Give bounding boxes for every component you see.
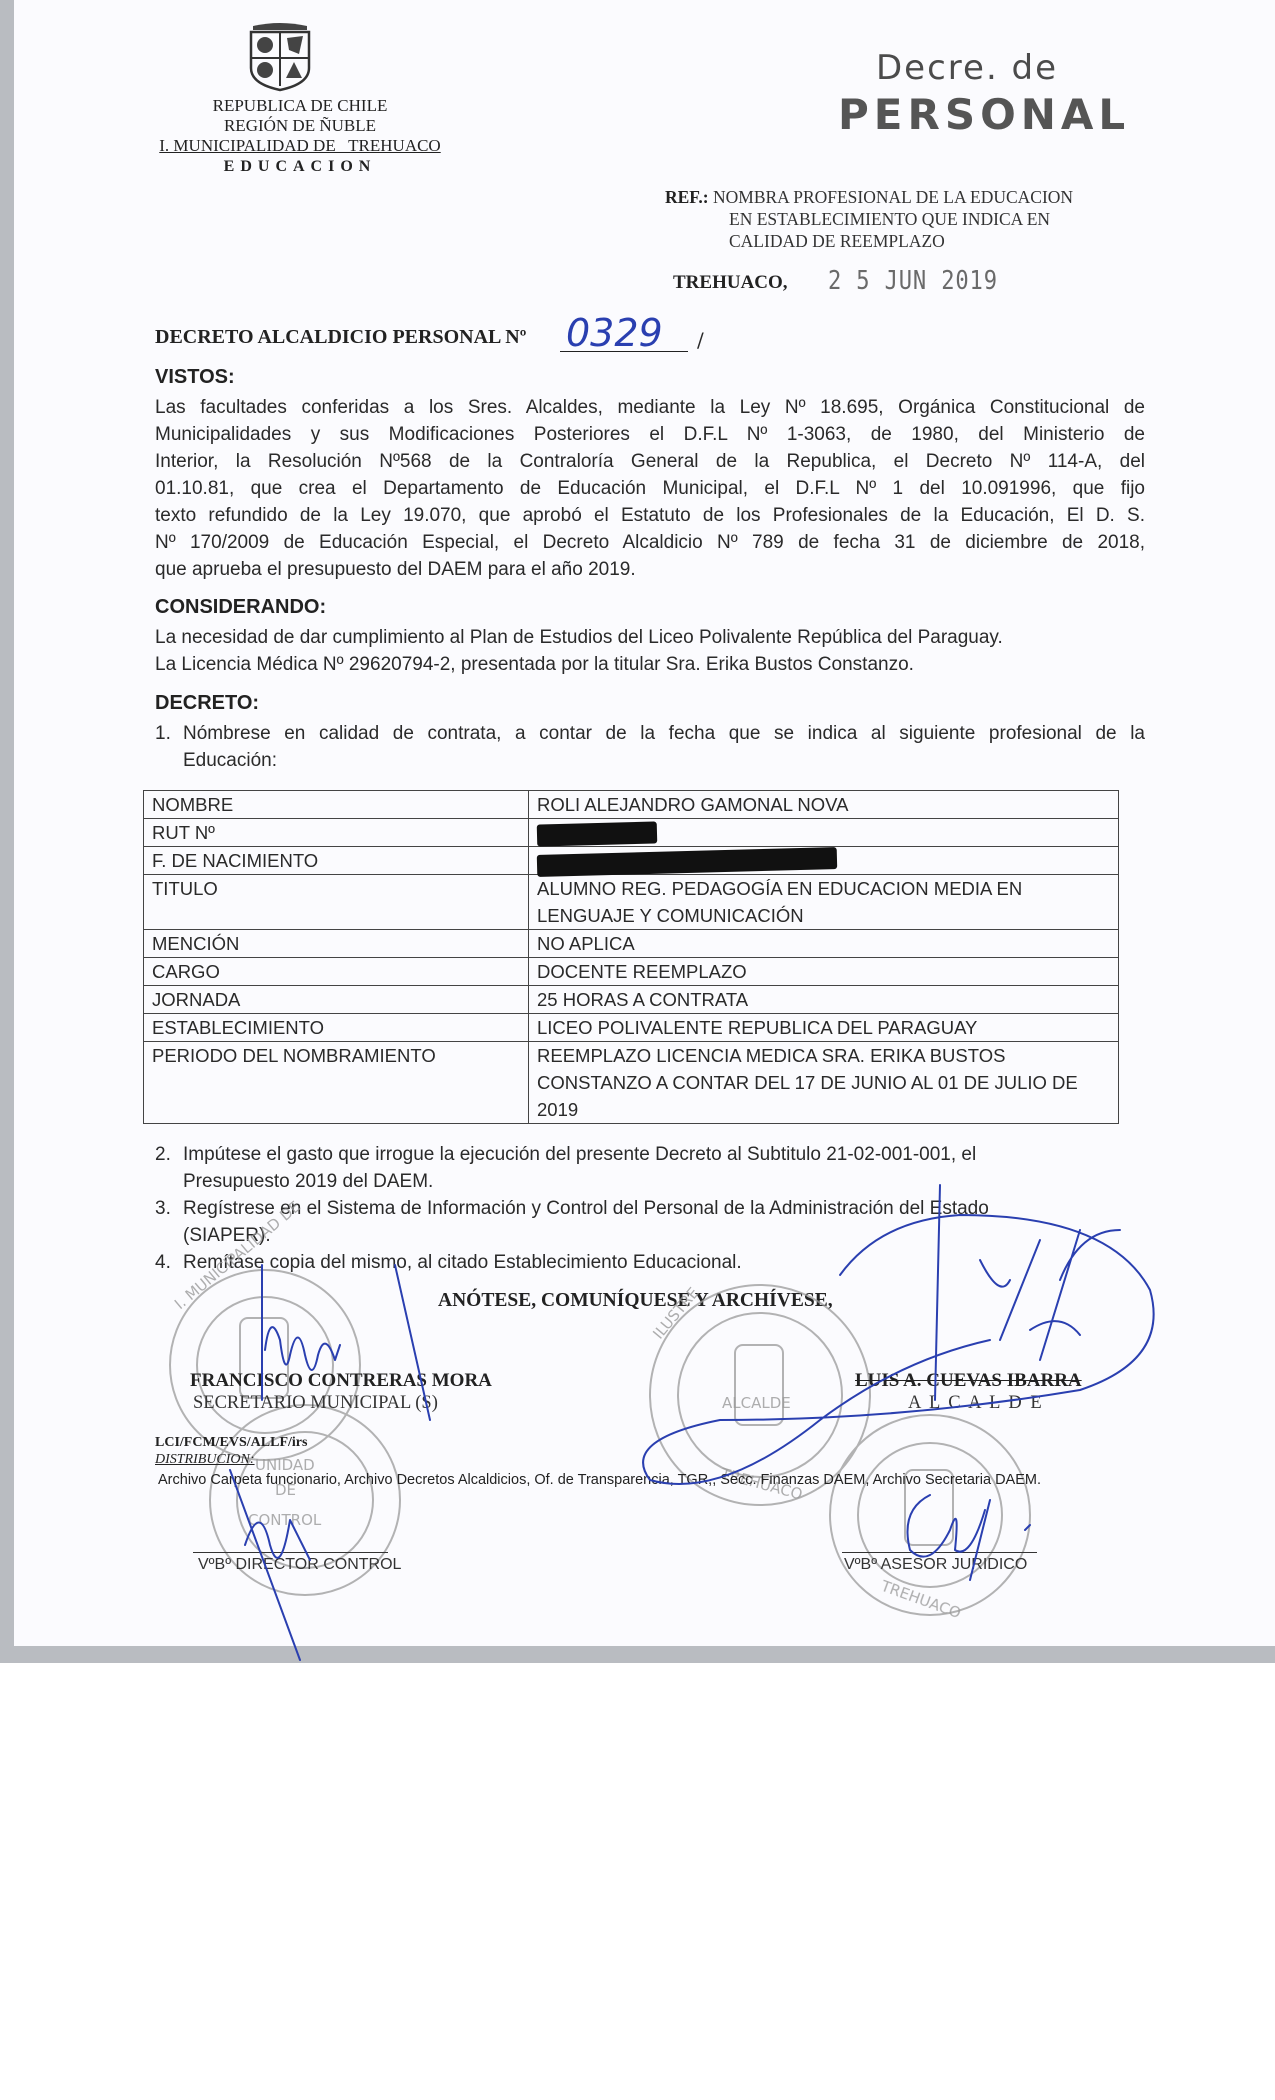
vistos-line: Municipalidades y sus Modificaciones Pos… [155, 421, 1145, 448]
vb-juridico-line [842, 1552, 1037, 1553]
table-row: PERIODO DEL NOMBRAMIENTOREEMPLAZO LICENC… [144, 1042, 1119, 1124]
header-country: REPUBLICA DE CHILE [130, 96, 470, 116]
vb-control-line [193, 1552, 388, 1553]
item-line: (SIAPER). [183, 1222, 1145, 1249]
field-label: NOMBRE [144, 791, 529, 819]
closing-statement: ANÓTESE, COMUNÍQUESE Y ARCHÍVESE, [438, 1290, 833, 1312]
secretary-title: SECRETARIO MUNICIPAL (S) [193, 1393, 438, 1414]
field-value: REEMPLAZO LICENCIA MEDICA SRA. ERIKA BUS… [529, 1042, 1119, 1124]
item-number: 1. [155, 720, 171, 747]
municipal-crest-icon [245, 20, 315, 92]
decree-number-handwritten: 0329 [566, 311, 663, 355]
initials: LCI/FCM/EVS/ALLF/irs [155, 1435, 307, 1451]
field-label: CARGO [144, 958, 529, 986]
ref-label: REF.: [665, 187, 709, 207]
considerando-heading: CONSIDERANDO: [155, 596, 326, 619]
table-row: ESTABLECIMIENTOLICEO POLIVALENTE REPUBLI… [144, 1014, 1119, 1042]
item-1-line-2: Educación: [183, 747, 1145, 774]
field-label: ESTABLECIMIENTO [144, 1014, 529, 1042]
item-line: Impútese el gasto que irrogue la ejecuci… [183, 1141, 1145, 1168]
field-value: LICEO POLIVALENTE REPUBLICA DEL PARAGUAY [529, 1014, 1119, 1042]
redaction-bar [537, 822, 658, 847]
vb-director-control: VºBº DIRECTOR CONTROL [198, 1556, 401, 1574]
field-label: MENCIÓN [144, 930, 529, 958]
item-line: Remítase copia del mismo, al citado Esta… [183, 1249, 1145, 1276]
item-line: Regístrese en el Sistema de Información … [183, 1195, 1145, 1222]
field-label: JORNADA [144, 986, 529, 1014]
vistos-line: Interior, la Resolución Nº568 de la Cont… [155, 448, 1145, 475]
header-municipality: I. MUNICIPALIDAD DE TREHUACO [130, 136, 470, 156]
field-label: PERIODO DEL NOMBRAMIENTO [144, 1042, 529, 1124]
secretary-name: FRANCISCO CONTRERAS MORA [190, 1370, 492, 1392]
distribution-label: DISTRIBUCION: [155, 1452, 255, 1468]
distribution-list: Archivo Carpeta funcionario, Archivo Dec… [158, 1472, 1041, 1488]
item-number: 4. [155, 1249, 171, 1276]
decreto-list-item: 4.Remítase copia del mismo, al citado Es… [155, 1249, 1145, 1276]
decreto-list-item: 3.Regístrese en el Sistema de Informació… [155, 1195, 1145, 1249]
item-1-line-1: Nómbrese en calidad de contrata, a conta… [183, 720, 1145, 747]
table-row: F. DE NACIMIENTO [144, 847, 1119, 875]
considerando-paragraph: La necesidad de dar cumplimiento al Plan… [155, 624, 1155, 678]
vistos-line: 01.10.81, que crea el Departamento de Ed… [155, 475, 1145, 502]
mayor-name: LUIS A. CUEVAS IBARRA [855, 1370, 1082, 1392]
vistos-line: que aprueba el presupuesto del DAEM para… [155, 556, 1145, 583]
vistos-line: texto refundido de la Ley 19.070, que ap… [155, 502, 1145, 529]
field-value: ROLI ALEJANDRO GAMONAL NOVA [529, 791, 1119, 819]
field-label: F. DE NACIMIENTO [144, 847, 529, 875]
stamp-personal: PERSONAL [838, 90, 1130, 139]
field-value [529, 819, 1119, 847]
decree-suffix: / [697, 328, 704, 352]
item-line: Presupuesto 2019 del DAEM. [183, 1168, 1145, 1195]
reference-block: REF.: NOMBRA PROFESIONAL DE LA EDUCACION… [665, 186, 1073, 252]
vistos-line: Las facultades conferidas a los Sres. Al… [155, 394, 1145, 421]
considerando-line: La Licencia Médica Nº 29620794-2, presen… [155, 651, 1155, 678]
table-row: MENCIÓNNO APLICA [144, 930, 1119, 958]
header-region: REGIÓN DE ÑUBLE [130, 116, 470, 136]
table-row: CARGODOCENTE REEMPLAZO [144, 958, 1119, 986]
ref-line-1: NOMBRA PROFESIONAL DE LA EDUCACION [713, 187, 1073, 207]
ref-line-3: CALIDAD DE REEMPLAZO [665, 230, 1073, 252]
decreto-heading: DECRETO: [155, 692, 259, 715]
table-row: TITULOALUMNO REG. PEDAGOGÍA EN EDUCACION… [144, 875, 1119, 930]
header-department: EDUCACION [130, 157, 470, 177]
appointee-info-table: NOMBREROLI ALEJANDRO GAMONAL NOVARUT NºF… [143, 790, 1119, 1124]
field-value [529, 847, 1119, 875]
item-number: 2. [155, 1141, 171, 1168]
ref-line-2: EN ESTABLECIMIENTO QUE INDICA EN [665, 208, 1073, 230]
stamp-decre: Decre. de [876, 48, 1058, 88]
table-row: NOMBREROLI ALEJANDRO GAMONAL NOVA [144, 791, 1119, 819]
vb-asesor-juridico: VºBº ASESOR JURIDICO [844, 1556, 1027, 1574]
city: TREHUACO, [673, 272, 788, 294]
redaction-bar [537, 847, 837, 877]
vistos-heading: VISTOS: [155, 366, 235, 389]
item-number: 3. [155, 1195, 171, 1222]
decreto-list-item: 2.Impútese el gasto que irrogue la ejecu… [155, 1141, 1145, 1195]
field-label: TITULO [144, 875, 529, 930]
vistos-line: Nº 170/2009 de Educación Especial, el De… [155, 529, 1145, 556]
table-row: RUT Nº [144, 819, 1119, 847]
field-label: RUT Nº [144, 819, 529, 847]
field-value: DOCENTE REEMPLAZO [529, 958, 1119, 986]
mayor-title: A L C A L D E [908, 1393, 1044, 1414]
date-stamp: 2 5 JUN 2019 [828, 266, 998, 296]
vistos-paragraph: Las facultades conferidas a los Sres. Al… [155, 394, 1145, 583]
table-row: JORNADA25 HORAS A CONTRATA [144, 986, 1119, 1014]
decreto-item-1: 1. Nómbrese en calidad de contrata, a co… [155, 720, 1145, 774]
decree-title: DECRETO ALCALDICIO PERSONAL Nº [155, 326, 526, 349]
field-value: ALUMNO REG. PEDAGOGÍA EN EDUCACION MEDIA… [529, 875, 1119, 930]
decreto-items: 2.Impútese el gasto que irrogue la ejecu… [155, 1141, 1145, 1276]
field-value: NO APLICA [529, 930, 1119, 958]
field-value: 25 HORAS A CONTRATA [529, 986, 1119, 1014]
considerando-line: La necesidad de dar cumplimiento al Plan… [155, 624, 1155, 651]
